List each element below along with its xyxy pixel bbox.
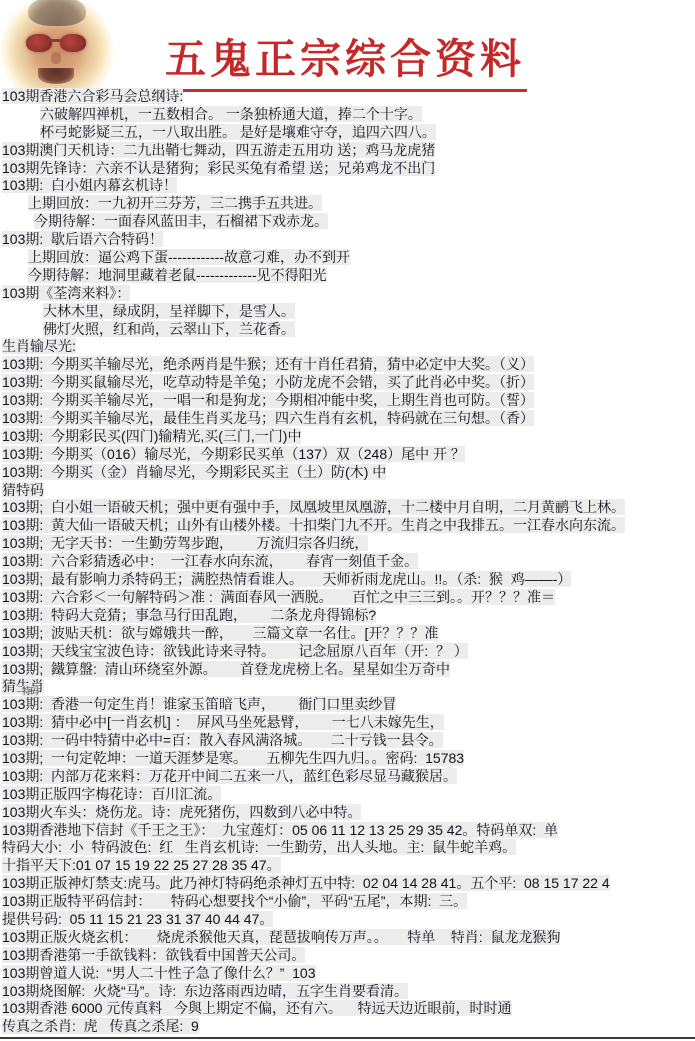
text-run: 十指平天下:01 07 15 19 22 25 27 28 35 47。 [2,857,281,873]
text-run: 传真之杀肖: 虎 传真之杀尾: 9 [2,1018,199,1034]
text-run: 佛灯火照，红和尚，云翠山下，兰花香。 [43,321,295,337]
text-line: 103期香港地下信封《千王之王》： 九宝莲灯：05 06 11 12 13 25… [0,822,695,840]
text-line: 103期: 今期买（金）肖输尽光，今期彩民买主（土）防(木) 中 [0,464,695,482]
text-line: 生肖输尽光: [0,338,695,356]
text-run: 103期先锋诗：六亲不认是猪狗；彩民买兔有希望 送；兄弟鸡龙不出门 [2,160,435,176]
text-line: 上期回放：逼公鸡下蛋------------故意刁难，办不到开 [0,249,695,267]
text-run: 103期: 今期买鼠输尽光，吃草动特是羊兔；小防龙虎不会错，买了此肖必中奖。（折… [2,374,534,390]
text-line: 103期: 特码大竞猜；事急马行田乱跑， 二条龙舟得锦标? [0,607,695,625]
text-line: 103期《荃湾来料》： [0,285,695,303]
text-run: 103期: 今期买（金）肖输尽光，今期彩民买主（土）防(木) 中 [2,464,386,480]
text-line: 103期: 今期买羊输尽光，绝杀两肖是牛猴；还有十肖任君猜，猜中必定中大奖。（义… [0,356,695,374]
text-run: 103期香港 6000 元传真料 今與上期定不偏，还有六。 特远天边近眼前，时时… [2,1000,512,1016]
text-run: 103期: 今期买羊输尽光，一唱一和是狗龙；今期相冲能中奖，上期生肖也可防。（誓… [2,392,534,408]
text-run: 103期; 一句定乾坤：一道天涯梦是寒。 五柳先生四九归。。密码: 15783 [2,750,464,766]
text-run: 103期: 一码中特猜中必中=百：散入春风满洛城。 二十亏钱一县令。 [2,732,443,748]
text-line: 103期: 今期买（016）输尽光，今期彩民买单（137）双（248）尾中 开 … [0,446,695,464]
text-run: 103期香港第一手欲钱料：欲钱看中国普天公司。 [2,947,305,963]
text-line: 103期: 今期彩民买(四门)输精光,买(三门,一门)中 [0,428,695,446]
smile-shape [38,68,74,84]
text-run: 103期烧图解: 火烧“马”。诗: 东边落雨西边晴，五字生肖要看清。 [2,983,408,999]
text-run: 今期待解：地洞里藏着老鼠-------------见不得阳光 [28,267,327,283]
text-line: 十指平天下:01 07 15 19 22 25 27 28 35 47。 [0,857,695,875]
text-line: 103期正版火烧玄机： 烧虎杀猴他天真，琵琶拔响传万声。。 特单 特肖: 鼠龙龙… [0,929,695,947]
text-line: 103期: 猜中必中[一肖玄机] ： 屏风马坐死悬臂， 一七八未嫁先生， [0,714,695,732]
text-line: 猜特码 [0,482,695,500]
sunglasses-right-lens-icon [60,34,86,52]
bottom-divider [0,1037,695,1039]
text-line: 103期正版神灯禁支:虎马。此乃神灯特码绝杀神灯五中特: 02 04 14 28… [0,875,695,893]
text-line: 103期: 歇后语六合特码！ [0,231,695,249]
text-run: 103期澳门天机诗：二九出鞘七舞动，四五游走五用功 送；鸡马龙虎猪 [2,142,435,158]
text-run: 103期: 六合彩猜透必中： 一江春水向东流， 春宵一刻值千金。 [2,553,418,569]
text-line: 103期; 天线宝宝波色诗：欲钱此诗来寻特。 记念屈原八百年（开: ？ ） [0,643,695,661]
text-line: 提供号码: 05 11 15 21 23 31 37 40 44 47。 [0,911,695,929]
text-run: 103期: 特码大竞猜；事急马行田乱跑， 二条龙舟得锦标? [2,607,376,623]
text-line: 103期曾道人说: “男人二十性子急了像什么？” 103 [0,965,695,983]
text-line: 103期: 黄大仙一语破天机；山外有山楼外楼。十扣柴门九不开。生肖之中我排五。一… [0,517,695,535]
sunglasses-left-lens-icon [26,34,52,52]
text-line: 103期先锋诗：六亲不认是猪狗；彩民买兔有希望 送；兄弟鸡龙不出门 [0,160,695,178]
overlap-artifact-text: 特码 [22,686,38,696]
text-line: 上期回放：一九初开三芬芳，三二携手五共进。 [0,195,695,213]
text-line: 103期: 今期买羊输尽光，最佳生肖买龙马；四六生肖有玄机，特码就在三句想。（香… [0,410,695,428]
text-run: 103期正版神灯禁支:虎马。此乃神灯特码绝杀神灯五中特: 02 04 14 28… [2,875,610,891]
text-run: 103期正版特平码信封： 特码心想要找个“小偷”，平码“五尾”，本期: 三。 [2,893,467,909]
text-run: 103期曾道人说: “男人二十性子急了像什么？” 103 [2,965,316,981]
text-run: 103期香港地下信封《千王之王》： 九宝莲灯：05 06 11 12 13 25… [2,822,558,838]
text-run: 103期; 最有影响力杀特码王；满腔热情看谁人。 天师祈雨龙虎山。!!。（杀: … [2,571,571,587]
text-line: 103期; 波贴天机：欲与嫦娥共一醉， 三篇文章一名仕。[开？？？准 [0,625,695,643]
text-run: 103期; 白小姐一语破天机；强中更有强中手，凤凰坡里凤凰游，十二楼中月自明，二… [2,499,625,515]
text-line: 103期烧图解: 火烧“马”。诗: 东边落雨西边晴，五字生肖要看清。 [0,983,695,1001]
text-run: 103期: 黄大仙一语破天机；山外有山楼外楼。十扣柴门九不开。生肖之中我排五。一… [2,517,625,533]
text-line: 特码大小: 小 特码波色: 红 生肖玄机诗: 一生勤劳，出人头地。主: 鼠牛蛇羊… [0,839,695,857]
text-line: 103期; 鐵算盤: 清山环绕室外源。 首登龙虎榜上名。星星如尘万奇中 [0,661,695,679]
text-line: 传真之杀肖: 虎 传真之杀尾: 9 [0,1018,695,1036]
text-line: 103期: 内部万花来料：万花开中间二五来一八，蓝红色彩尽显马藏猴居。 [0,768,695,786]
text-run: 103期; 鐵算盤: 清山环绕室外源。 首登龙虎榜上名。星星如尘万奇中 [2,661,450,677]
text-line: 佛灯火照，红和尚，云翠山下，兰花香。 [0,321,695,339]
text-run: 103期: 今期彩民买(四门)输精光,买(三门,一门)中 [2,428,301,444]
text-line: 103期: 一码中特猜中必中=百：散入春风满洛城。 二十亏钱一县令。 [0,732,695,750]
text-run: 杯弓蛇影疑三五，一八取出胜。 是好是壤难守夺，追四六四八。 [40,124,436,140]
text-line: 103期: 六合彩猜透必中： 一江春水向东流， 春宵一刻值千金。 [0,553,695,571]
text-line: 103期正版特平码信封： 特码心想要找个“小偷”，平码“五尾”，本期: 三。 [0,893,695,911]
text-run: 103期; 无字天书：一生勤劳驾步跑， 万流归宗各归统， [2,535,368,551]
text-line: 103期香港第一手欲钱料：欲钱看中国普天公司。 [0,947,695,965]
text-run: 上期回放：逼公鸡下蛋------------故意刁难，办不到开 [28,249,350,265]
text-run: 103期: 香港一句定生肖！谁家玉笛暗飞声， 衙门口里卖纱冒 [2,696,396,712]
text-run: 103期《荃湾来料》： [2,285,130,301]
text-line: 今期待解：地洞里藏着老鼠-------------见不得阳光 [0,267,695,285]
text-run: 今期待解：一面春风蓝田丰，石榴裙下戏赤龙。 [34,213,328,229]
text-run: 103期: 猜中必中[一肖玄机] ： 屏风马坐死悬臂， 一七八未嫁先生， [2,714,444,730]
text-run: 生肖输尽光: [2,338,76,354]
text-line: 103期: 今期买鼠输尽光，吃草动特是羊兔；小防龙虎不会错，买了此肖必中奖。（折… [0,374,695,392]
text-run: 提供号码: 05 11 15 21 23 31 37 40 44 47。 [2,911,273,927]
text-run: 103期香港六合彩马会总纲诗: [2,88,183,104]
text-run: 103期火车头：烧伤龙。诗：虎死猪伤，四数到八必中特。 [2,804,361,820]
text-line: 103期; 无字天书：一生勤劳驾步跑， 万流归宗各归统， [0,535,695,553]
text-line: 103期澳门天机诗：二九出鞘七舞动，四五游走五用功 送；鸡马龙虎猪 [0,142,695,160]
text-line: 猜生肖特码 [0,678,695,696]
text-run: 103期: 今期买羊输尽光，绝杀两肖是牛猴；还有十肖任君猜，猜中必定中大奖。（义… [2,356,534,372]
text-line: 六破解四禅机，一五数相合。 一条独桥通大道，捧二个十字。 [0,106,695,124]
text-run: 103期: 今期买（016）输尽光，今期彩民买单（137）双（248）尾中 开 … [2,446,465,462]
content-lines: 103期香港六合彩马会总纲诗:六破解四禅机，一五数相合。 一条独桥通大道，捧二个… [0,88,695,1036]
hair-shape [28,0,86,26]
text-run: 103期正版火烧玄机： 烧虎杀猴他天真，琵琶拔响传万声。。 特单 特肖: 鼠龙龙… [2,929,560,945]
text-line: 103期香港 6000 元传真料 今與上期定不偏，还有六。 特远天边近眼前，时时… [0,1000,695,1018]
text-line: 103期; 一句定乾坤：一道天涯梦是寒。 五柳先生四九归。。密码: 15783 [0,750,695,768]
text-run: 六破解四禅机，一五数相合。 一条独桥通大道，捧二个十字。 [40,106,422,122]
text-run: 猜特码 [2,482,44,498]
text-run: 103期; 天线宝宝波色诗：欲钱此诗来寻特。 记念屈原八百年（开: ？ ） [2,643,468,659]
text-run: 103期: 白小姐内幕玄机诗！ [2,177,177,193]
text-run: 上期回放：一九初开三芬芳，三二携手五共进。 [28,195,322,211]
text-line: 103期火车头：烧伤龙。诗：虎死猪伤，四数到八必中特。 [0,804,695,822]
text-run: 特码大小: 小 特码波色: 红 生肖玄机诗: 一生勤劳，出人头地。主: 鼠牛蛇羊… [2,839,516,855]
text-line: 103期香港六合彩马会总纲诗: [0,88,695,106]
text-run: 103期正版四字梅花诗：百川汇流。 [2,786,221,802]
text-line: 103期正版四字梅花诗：百川汇流。 [0,786,695,804]
text-line: 今期待解：一面春风蓝田丰，石榴裙下戏赤龙。 [0,213,695,231]
text-line: 103期: 今期买羊输尽光，一唱一和是狗龙；今期相冲能中奖，上期生肖也可防。（誓… [0,392,695,410]
text-run: 103期: 内部万花来料：万花开中间二五来一八，蓝红色彩尽显马藏猴居。 [2,768,457,784]
text-line: 103期; 白小姐一语破天机；强中更有强中手，凤凰坡里凤凰游，十二楼中月自明，二… [0,499,695,517]
page-title: 五鬼正宗综合资料 [163,26,527,92]
text-line: 103期: 香港一句定生肖！谁家玉笛暗飞声， 衙门口里卖纱冒 [0,696,695,714]
text-run: 103期; 波贴天机：欲与嫦娥共一醉， 三篇文章一名仕。[开？？？准 [2,625,438,641]
text-line: 杯弓蛇影疑三五，一八取出胜。 是好是壤难守夺，追四六四八。 [0,124,695,142]
text-run: 大林木里，绿成阴，呈祥脚下，是雪人。 [43,303,295,319]
text-line: 大林木里，绿成阴，呈祥脚下，是雪人。 [0,303,695,321]
text-line: 103期: 白小姐内幕玄机诗！ [0,177,695,195]
text-line: 103期: 六合彩＜一句解特码＞准 : 满面春风一洒脱。 百忙之中三三到。。开？… [0,589,695,607]
lottery-tip-sheet: 五鬼正宗综合资料 103期香港六合彩马会总纲诗:六破解四禅机，一五数相合。 一条… [0,0,695,1041]
text-run: 103期: 今期买羊输尽光，最佳生肖买龙马；四六生肖有玄机，特码就在三句想。（香… [2,410,534,426]
text-run: 103期: 歇后语六合特码！ [2,231,163,247]
nose-shape [51,52,61,64]
sunglasses-bridge-icon [50,39,62,42]
text-line: 103期; 最有影响力杀特码王；满腔热情看谁人。 天师祈雨龙虎山。!!。（杀: … [0,571,695,589]
text-run: 103期: 六合彩＜一句解特码＞准 : 满面春风一洒脱。 百忙之中三三到。。开？… [2,589,555,605]
